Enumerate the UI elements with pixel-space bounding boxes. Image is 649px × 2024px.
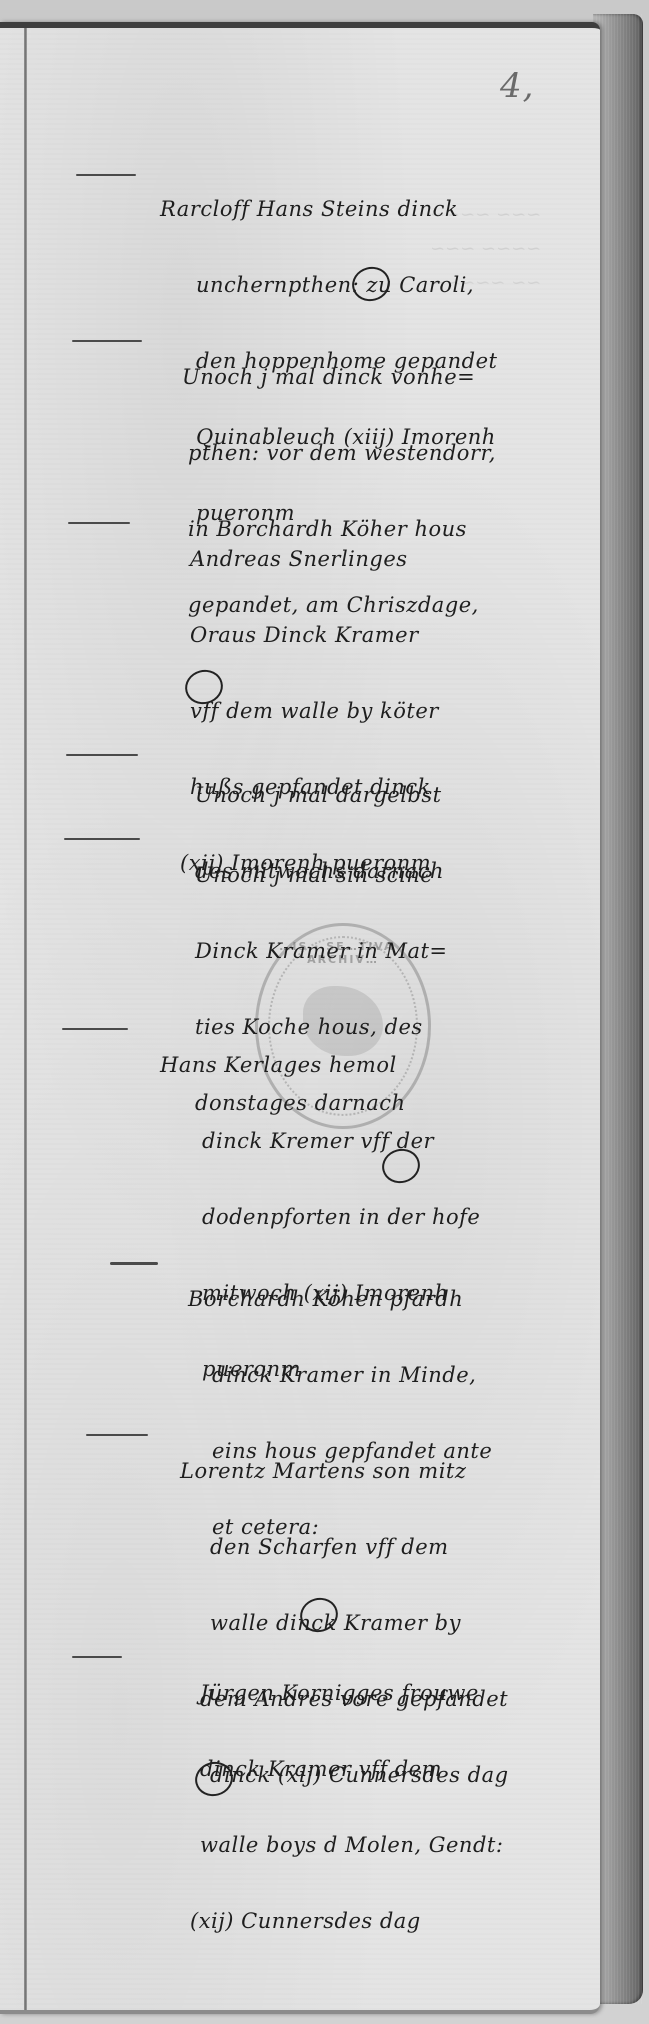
entry-line: Unoch j mal dinck vonhe= <box>182 358 496 396</box>
entry-line: Dinck Kramer in Mat= <box>195 932 448 970</box>
entry-line: Oraus Dinck Kramer <box>190 616 439 654</box>
entry-line: dinck Kremer vff der <box>160 1122 480 1160</box>
entry-margin-dash <box>68 522 130 524</box>
entry-line: unchernpthen: zu Caroli, <box>160 266 497 304</box>
entry-line: Andreas Snerlinges <box>190 540 439 578</box>
entry-line: Lorentz Martens son mitz <box>180 1452 509 1490</box>
entry-line: dodenpforten in der hofe <box>160 1198 480 1236</box>
entry-line: walle boys d Molen, Gendt: <box>200 1826 503 1864</box>
entry-line: dinck Kramer in Minde, <box>188 1356 492 1394</box>
manuscript-page: 4, ~~~ ~~~~ ~~~~ ~~~ ~~ ~~~~~ …IS · SE…T… <box>0 22 600 2014</box>
entry-margin-dash <box>66 754 138 756</box>
entry-margin-dash <box>86 1434 148 1436</box>
entry-line: (xij) Cunnersdes dag <box>190 1902 503 1940</box>
entry-margin-dash <box>62 1028 128 1030</box>
entry-margin-dash <box>76 174 136 176</box>
entry-margin-dash <box>110 1262 158 1265</box>
entry-line: Rarcloff Hans Steins dinck <box>160 190 497 228</box>
entry-line: Unoch j mal dargelbst <box>195 776 444 814</box>
entry-line: Unoch j mal sin scine <box>195 856 448 894</box>
entry-margin-dash <box>72 340 142 342</box>
entry-line: Jürgen Kornigges frouwe <box>200 1674 503 1712</box>
binding-gutter-line <box>24 28 27 2010</box>
entry-line: dinck Kramer vff dem <box>200 1750 503 1788</box>
entry-line: den Scharfen vff dem <box>180 1528 509 1566</box>
entry-line: Borchardh Köhen pfardh <box>188 1280 492 1318</box>
entry-margin-dash <box>64 838 140 840</box>
entry-line: Hans Kerlages hemol <box>160 1046 480 1084</box>
entry-line: vff dem walle by köter <box>190 692 439 730</box>
folio-number: 4, <box>500 66 534 106</box>
entry-line: pthen: vor dem westendorr, <box>182 434 496 472</box>
entry-text: Jürgen Kornigges frouwe dinck Kramer vff… <box>200 1636 503 1978</box>
book-page-edges <box>593 14 643 2004</box>
entry-margin-dash <box>72 1656 122 1658</box>
